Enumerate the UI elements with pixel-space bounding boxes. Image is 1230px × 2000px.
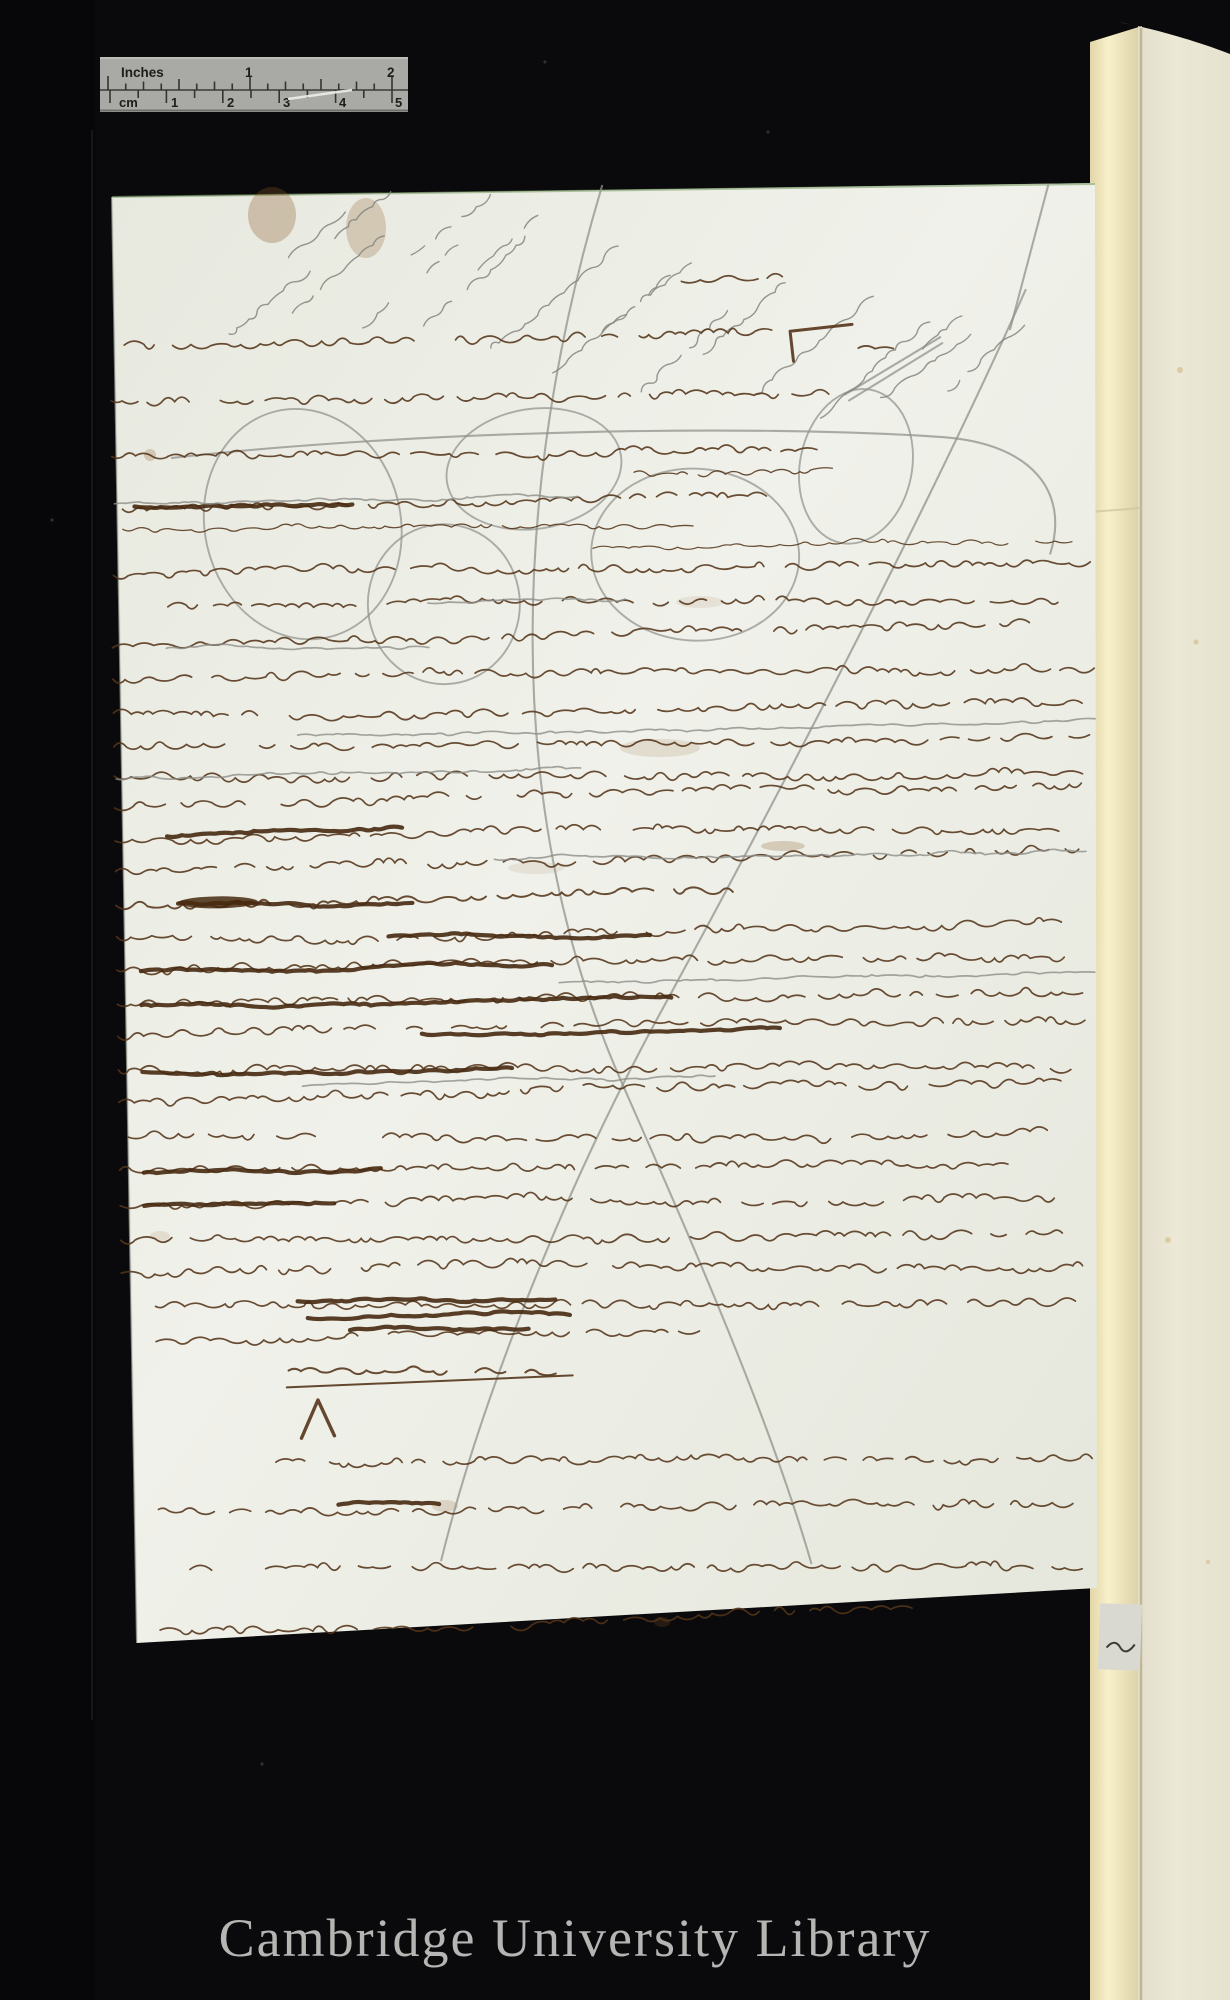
ruler-cm-label-2: 2	[227, 95, 234, 110]
scale-ruler: Inches 1 2 cm 1 2 3 4 5	[100, 57, 408, 112]
ruler-cm-label-4: 4	[339, 95, 347, 110]
dust-speck	[50, 518, 53, 521]
photo-scene: Inches 1 2 cm 1 2 3 4 5 Cambridge Univer…	[0, 0, 1230, 2000]
velvet-left-fold	[0, 0, 95, 2000]
catalogue-tab	[1098, 1603, 1142, 1670]
page-stain	[620, 739, 700, 757]
dust-speck	[766, 130, 769, 133]
dust-speck	[260, 1762, 263, 1765]
page-stain	[248, 187, 296, 243]
foxing-dot	[1177, 367, 1183, 373]
manuscript-page	[112, 183, 1097, 1643]
library-watermark: Cambridge University Library	[219, 1908, 932, 1968]
tab-paper	[1098, 1603, 1142, 1670]
ruler-cm-label-1: 1	[171, 95, 178, 110]
foxing-dot	[1206, 1560, 1210, 1564]
ruler-unit-inches: Inches	[121, 65, 164, 80]
ruler-inch-label-2: 2	[387, 65, 395, 80]
manuscript-photograph: Inches 1 2 cm 1 2 3 4 5 Cambridge Univer…	[0, 0, 1230, 2000]
page-stain	[676, 596, 724, 608]
ruler-cm-label-5: 5	[395, 95, 402, 110]
page-stain	[346, 198, 386, 258]
ruler-cm-label-3: 3	[283, 95, 290, 110]
page-stain	[761, 841, 805, 851]
page-stain	[150, 1231, 170, 1241]
foxing-dot	[1165, 1237, 1171, 1243]
ink-strike	[144, 1202, 334, 1207]
ruler-inch-label-1: 1	[245, 65, 253, 80]
foxing-dot	[1194, 640, 1199, 645]
ruler-unit-cm: cm	[119, 95, 138, 110]
book-page-edge-strip	[1090, 26, 1142, 2000]
dust-speck	[543, 60, 546, 63]
